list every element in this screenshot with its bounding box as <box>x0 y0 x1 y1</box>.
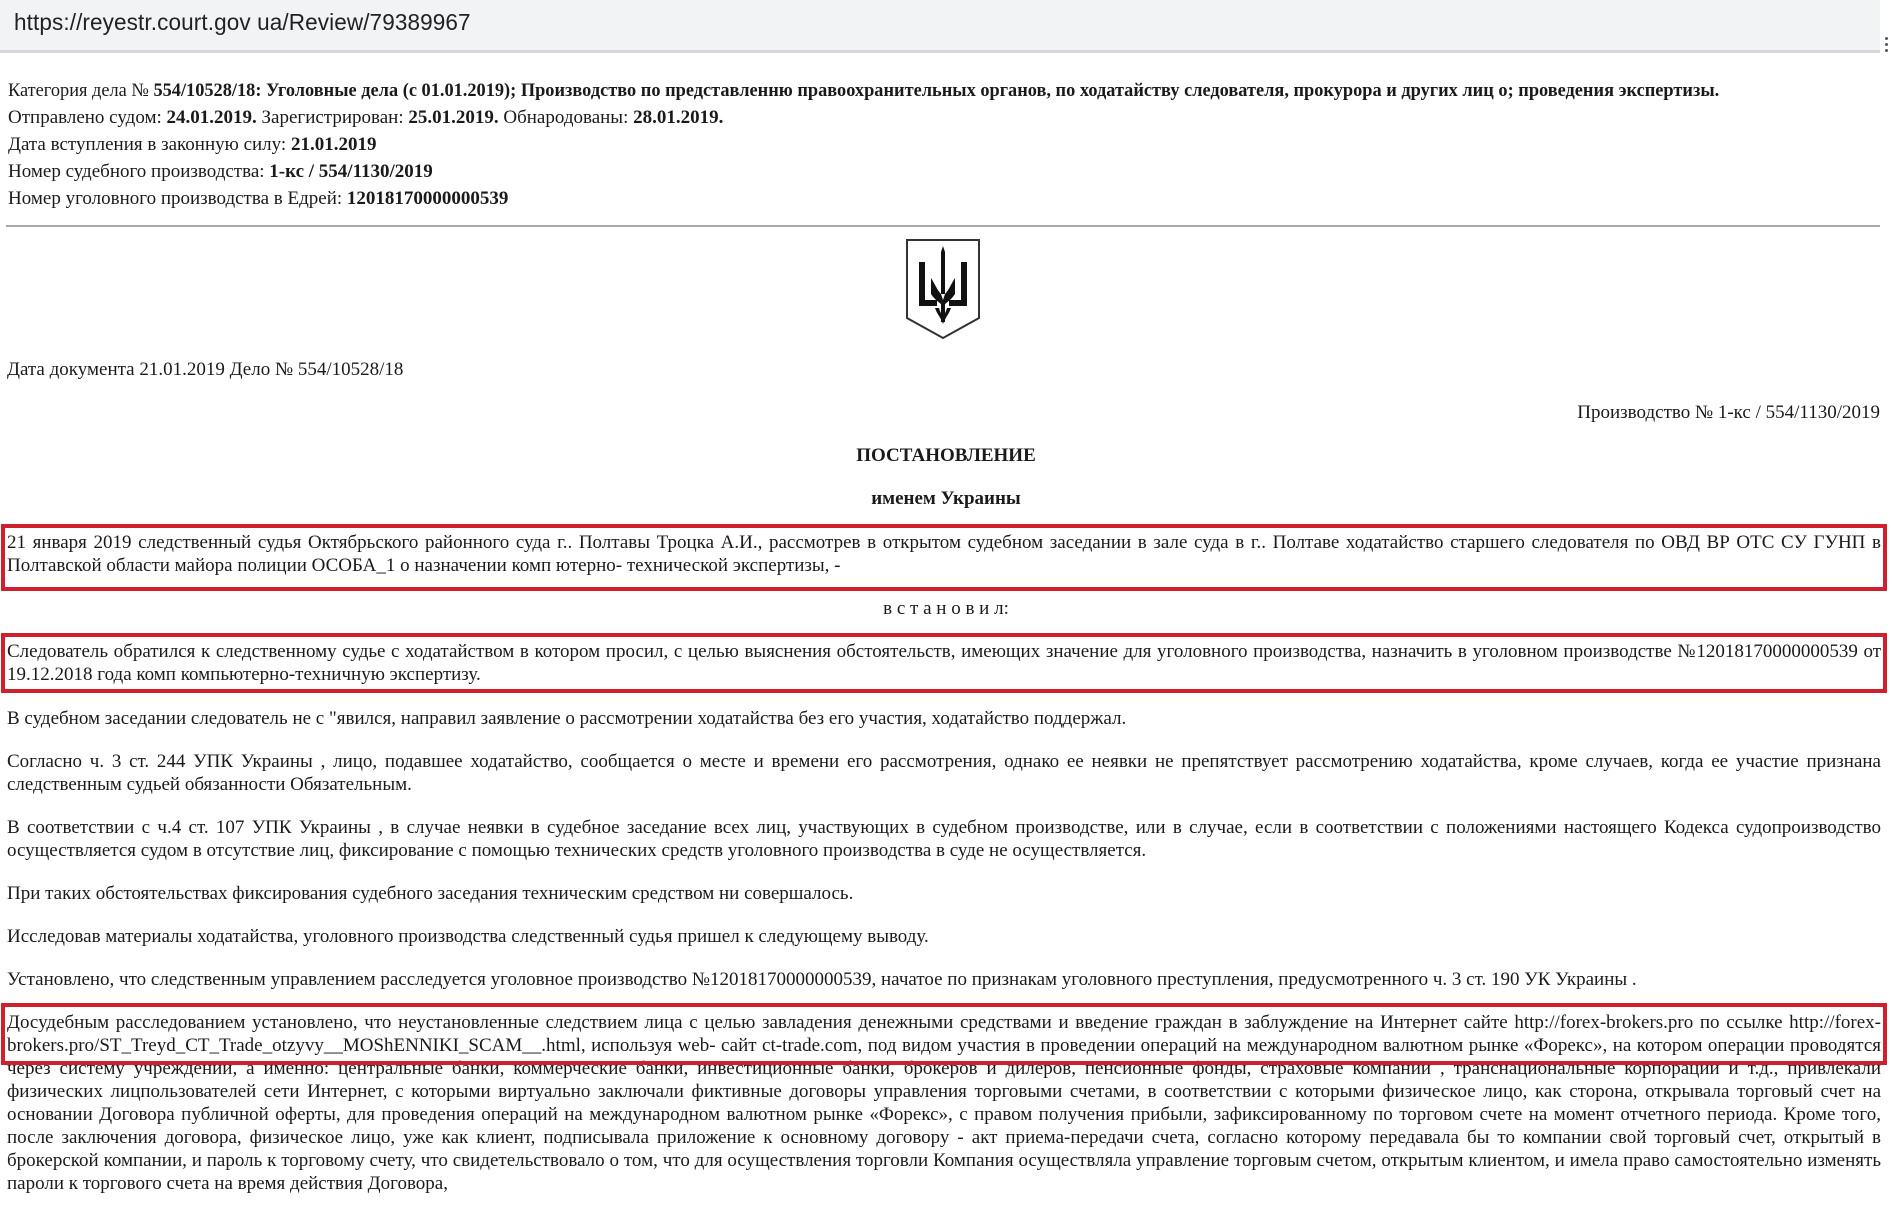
coat-of-arms-icon <box>905 238 981 340</box>
paragraph-recording: При таких обстоятельствах фиксирования с… <box>7 882 1881 905</box>
category-value: 554/10528/18: Уголовные дела (с 01.01.20… <box>153 80 1719 101</box>
paragraph-request: Следователь обратился к следственному су… <box>7 640 1881 686</box>
sent-label: Отправлено судом: <box>8 107 167 128</box>
category-label: Категория дела № <box>8 80 153 101</box>
established-heading: в с т а н о в и л: <box>0 598 1892 620</box>
paragraph-art244: Согласно ч. 3 ст. 244 УПК Украины , лицо… <box>7 750 1881 796</box>
criminal-case-number: Номер уголовного производства в Едрей: 1… <box>8 188 508 210</box>
published-value: 28.01.2019. <box>633 107 723 128</box>
proceeding-number: Производство № 1-кс / 554/1130/2019 <box>1577 402 1880 424</box>
effective-label: Дата вступления в законную силу: <box>8 134 291 155</box>
document-date-line: Дата документа 21.01.2019 Дело № 554/105… <box>7 359 403 381</box>
case-category: Категория дела № 554/10528/18: Уголовные… <box>8 80 1719 102</box>
paragraph-intro: 21 января 2019 следственный судья Октябр… <box>7 531 1881 577</box>
paragraph-art107: В соответствии с ч.4 ст. 107 УПК Украины… <box>7 816 1881 862</box>
court-case-label: Номер судебного производства: <box>8 161 269 182</box>
document-subtitle: именем Украины <box>0 488 1892 510</box>
criminal-case-label: Номер уголовного производства в Едрей: <box>8 188 347 209</box>
court-case-number: Номер судебного производства: 1-кс / 554… <box>8 161 433 183</box>
url-text[interactable]: https://reyestr.court.gov ua/Review/7938… <box>14 9 471 36</box>
registered-value: 25.01.2019. <box>408 107 498 128</box>
paragraph-established: Установлено, что следственным управление… <box>7 968 1881 991</box>
case-dates: Отправлено судом: 24.01.2019. Зарегистри… <box>8 107 723 129</box>
divider <box>6 225 1880 227</box>
court-case-value: 1-кс / 554/1130/2019 <box>269 161 433 182</box>
published-label: Обнародованы: <box>499 107 633 128</box>
registered-label: Зарегистрирован: <box>257 107 409 128</box>
document-title: ПОСТАНОВЛЕНИЕ <box>0 445 1892 467</box>
kebab-menu-icon[interactable] <box>1882 34 1890 55</box>
paragraph-review: Исследовав материалы ходатайства, уголов… <box>7 925 1881 948</box>
sent-value: 24.01.2019. <box>167 107 257 128</box>
criminal-case-value: 12018170000000539 <box>347 188 509 209</box>
address-bar[interactable]: https://reyestr.court.gov ua/Review/7938… <box>0 0 1880 53</box>
effective-value: 21.01.2019 <box>291 134 377 155</box>
effective-date: Дата вступления в законную силу: 21.01.2… <box>8 134 376 156</box>
paragraph-absence: В судебном заседании следователь не с "я… <box>7 707 1881 730</box>
highlight-box-3 <box>1 1003 1887 1065</box>
